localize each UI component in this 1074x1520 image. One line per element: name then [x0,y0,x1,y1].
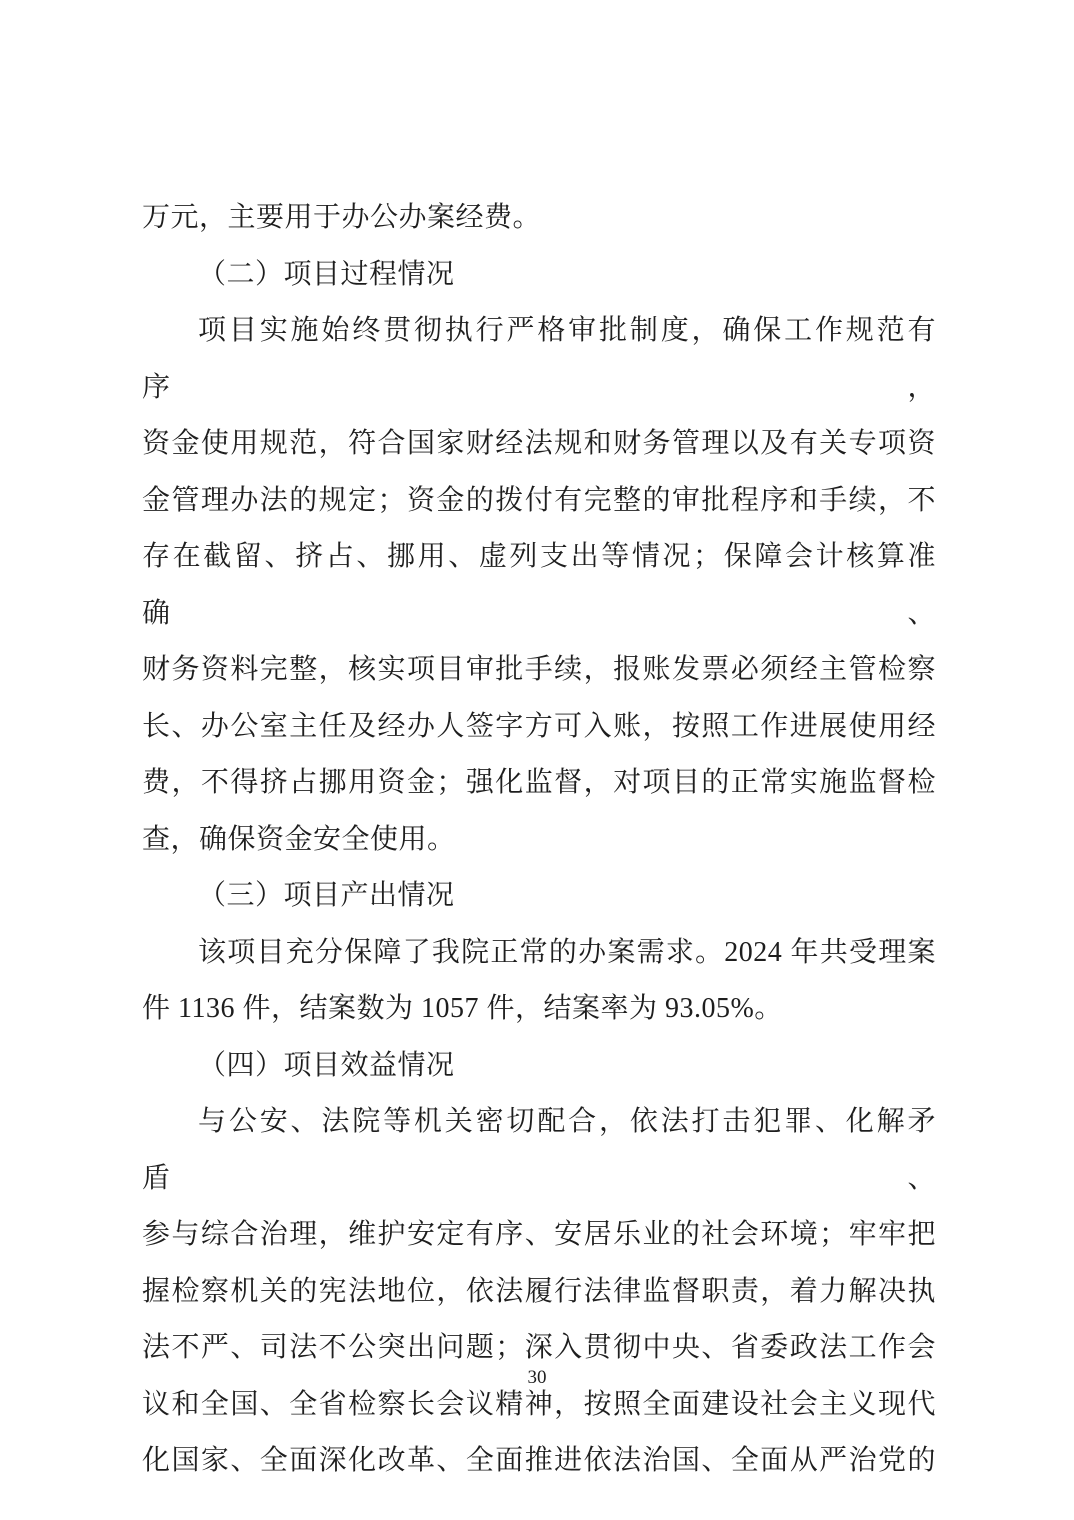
document-page: 万元，主要用于办公办案经费。 （二）项目过程情况 项目实施始终贯彻执行严格审批制… [0,0,1074,1520]
page-number: 30 [0,1366,1074,1390]
paragraph-process: 项目实施始终贯彻执行严格审批制度，确保工作规范有序， 资金使用规范，符合国家财经… [142,303,936,868]
text-line: 件 1136 件，结案数为 1057 件，结案率为 93.05%。 [142,981,936,1038]
text-line: 该项目充分保障了我院正常的办案需求。2024 年共受理案 [142,925,936,982]
text-line: 存在截留、挤占、挪用、虚列支出等情况；保障会计核算准确、 [142,529,936,642]
text-line: 财务资料完整，核实项目审批手续，报账发票必须经主管检察 [142,642,936,699]
section-heading-3: （三）项目产出情况 [142,868,936,925]
text-line: 项目实施始终贯彻执行严格审批制度，确保工作规范有序， [142,303,936,416]
document-body: 万元，主要用于办公办案经费。 （二）项目过程情况 项目实施始终贯彻执行严格审批制… [142,190,936,1490]
paragraph-output: 该项目充分保障了我院正常的办案需求。2024 年共受理案 件 1136 件，结案… [142,925,936,1038]
text-line: 查，确保资金安全使用。 [142,812,936,869]
paragraph-benefit: 与公安、法院等机关密切配合，依法打击犯罪、化解矛盾、 参与综合治理，维护安定有序… [142,1094,936,1490]
text-line: 握检察机关的宪法地位，依法履行法律监督职责，着力解决执 [142,1264,936,1321]
text-line: 参与综合治理，维护安定有序、安居乐业的社会环境；牢牢把 [142,1207,936,1264]
text-line: 与公安、法院等机关密切配合，依法打击犯罪、化解矛盾、 [142,1094,936,1207]
text-line: 长、办公室主任及经办人签字方可入账，按照工作进展使用经 [142,699,936,756]
heading-line: （四）项目效益情况 [142,1038,936,1095]
text-line: 化国家、全面深化改革、全面推进依法治国、全面从严治党的 [142,1433,936,1490]
heading-line: （三）项目产出情况 [142,868,936,925]
text-line: 万元，主要用于办公办案经费。 [142,190,936,247]
paragraph-continuation: 万元，主要用于办公办案经费。 [142,190,936,247]
text-line: 资金使用规范，符合国家财经法规和财务管理以及有关专项资 [142,416,936,473]
text-line: 金管理办法的规定；资金的拨付有完整的审批程序和手续，不 [142,473,936,530]
heading-line: （二）项目过程情况 [142,247,936,304]
text-line: 费，不得挤占挪用资金；强化监督，对项目的正常实施监督检 [142,755,936,812]
section-heading-2: （二）项目过程情况 [142,247,936,304]
section-heading-4: （四）项目效益情况 [142,1038,936,1095]
